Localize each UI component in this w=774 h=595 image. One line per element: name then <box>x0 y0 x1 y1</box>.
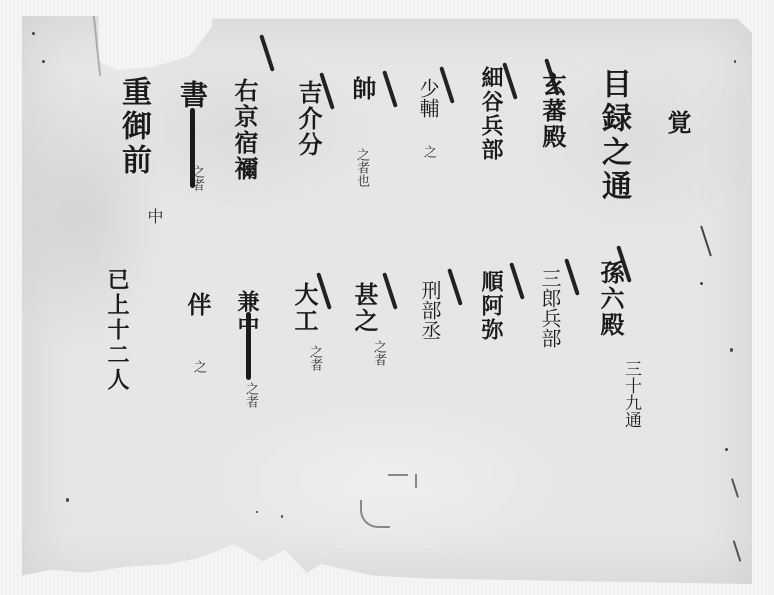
lower-entry-6-note: 之者 <box>308 345 321 371</box>
faint-dash <box>388 474 408 476</box>
upper-entry-7-name: 書 <box>178 80 206 110</box>
upper-entry-5-name: 吉介分 <box>296 80 320 158</box>
upper-entry-3-name: 少輔 <box>418 78 438 118</box>
footer-total-count: 已上十二人 <box>106 268 128 393</box>
lower-entry-5-name: 甚之 <box>352 282 376 334</box>
ink-speck <box>725 448 728 451</box>
lower-entry-4-name: 刑部丞 <box>420 280 440 340</box>
lower-entry-7-note: 之者 <box>244 382 257 408</box>
ink-speck <box>32 32 35 35</box>
ink-speck <box>700 282 703 285</box>
lower-entry-8-note: 之 <box>192 360 205 373</box>
ink-speck <box>66 498 69 502</box>
ink-speck <box>281 515 283 518</box>
upper-entry-8-name: 重御前 <box>118 76 148 178</box>
lower-entry-1-name: 孫六殿 <box>598 260 622 338</box>
header-mark: 覚 <box>665 110 689 136</box>
upper-entry-4-name: 帥 <box>350 76 374 102</box>
ink-speck <box>734 60 736 63</box>
upper-entry-3-note: 之 <box>422 145 435 158</box>
upper-entry-7-note: 之者 <box>190 165 203 191</box>
lower-entry-6-name: 大工 <box>292 282 316 334</box>
lower-entry-3-name: 順阿弥 <box>480 270 502 342</box>
ink-speck <box>42 60 45 63</box>
upper-entry-6-name: 右京宿禰 <box>232 78 256 182</box>
heading-column: 目録之通 <box>598 68 628 204</box>
upper-entry-8-note: 中 <box>146 208 162 224</box>
long-brush-stroke <box>246 312 251 380</box>
ink-speck <box>256 511 258 513</box>
ink-speck <box>730 348 733 352</box>
lower-entry-5-note: 之者 <box>372 340 385 366</box>
lower-entry-2-name: 三郎兵部 <box>540 268 560 348</box>
lower-entry-8-name: 伴 <box>185 292 209 318</box>
upper-entry-4-note: 之者也 <box>355 148 368 187</box>
upper-entry-2-name: 細谷兵部 <box>480 66 502 162</box>
upper-entry-1-name: 玄蕃殿 <box>540 72 564 150</box>
faint-stroke <box>415 474 425 488</box>
lower-entry-1-count: 三十九通 <box>622 360 639 428</box>
